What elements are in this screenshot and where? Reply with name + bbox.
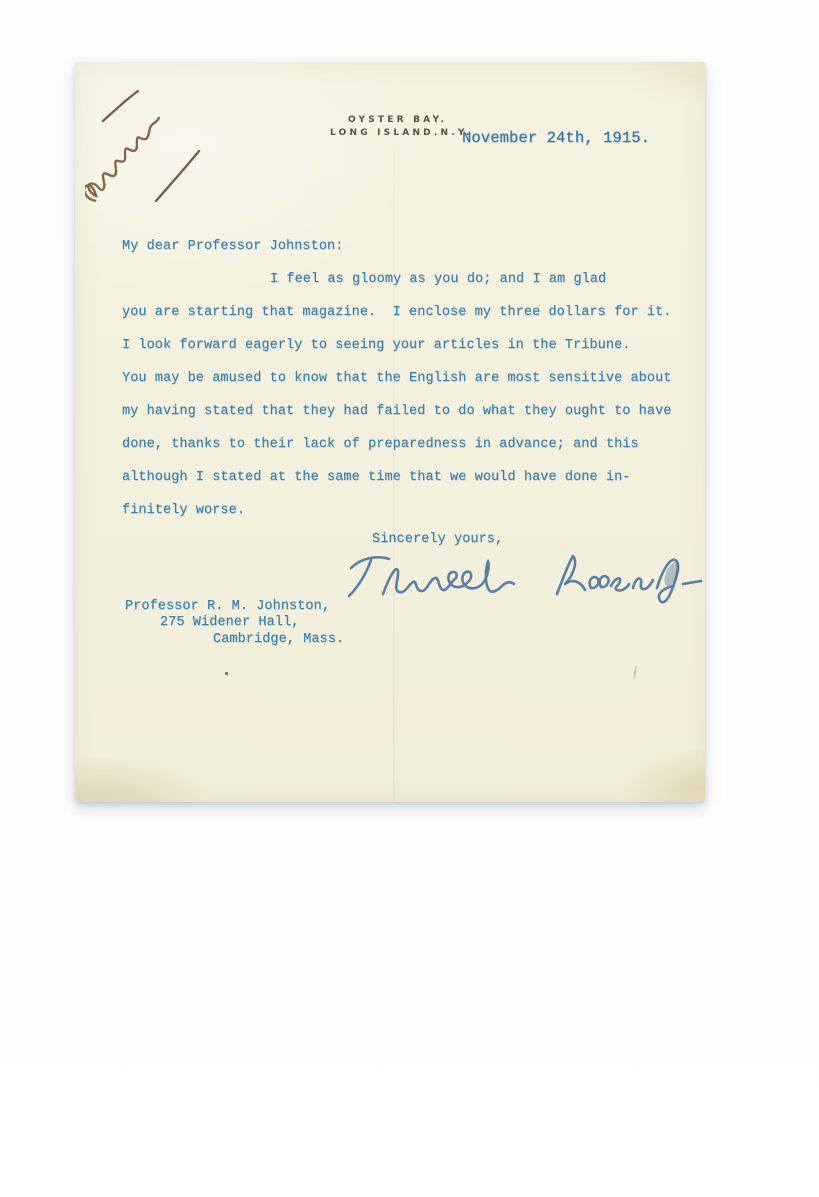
letter-line: You may be amused to know that the Engli… [122,370,672,387]
faint-pencil-mark [633,665,637,680]
letter-date: November 24th, 1915. [462,130,650,147]
annotation-slash-bottom-icon [156,151,199,201]
stray-ink-dot [225,672,228,675]
letterhead-region: LONG ISLAND.N.Y. [330,128,473,138]
letter-line: done, thanks to their lack of preparedne… [122,436,639,453]
letter-line: my having stated that they had failed to… [122,403,672,420]
photo-background: Return OYSTER BAY. LONG ISLAND.N.Y. Nove… [0,0,819,1197]
letter-line: I look forward eagerly to seeing your ar… [122,337,630,354]
letter-line: you are starting that magazine. I enclos… [122,304,672,321]
salutation: My dear Professor Johnston: [122,238,343,255]
fold-crease [393,62,395,802]
annotation-word-path [85,113,166,202]
letter-line: although I stated at the same time that … [122,469,630,486]
closing: Sincerely yours, [372,531,503,548]
recipient-line: Professor R. M. Johnston, [125,598,330,615]
recipient-line: Cambridge, Mass. [213,631,344,648]
signature-ink-blot [661,560,683,589]
recipient-line: 275 Widener Hall, [160,614,299,631]
letter-line: I feel as gloomy as you do; and I am gla… [122,271,606,288]
letterhead-city: OYSTER BAY. [348,115,447,125]
letter-line: finitely worse. [122,502,245,519]
annotation-slash-top-icon [103,91,138,121]
signature-last-name-path [557,556,585,594]
letter-paper: Return OYSTER BAY. LONG ISLAND.N.Y. Nove… [75,62,705,802]
return-annotation [85,85,220,220]
